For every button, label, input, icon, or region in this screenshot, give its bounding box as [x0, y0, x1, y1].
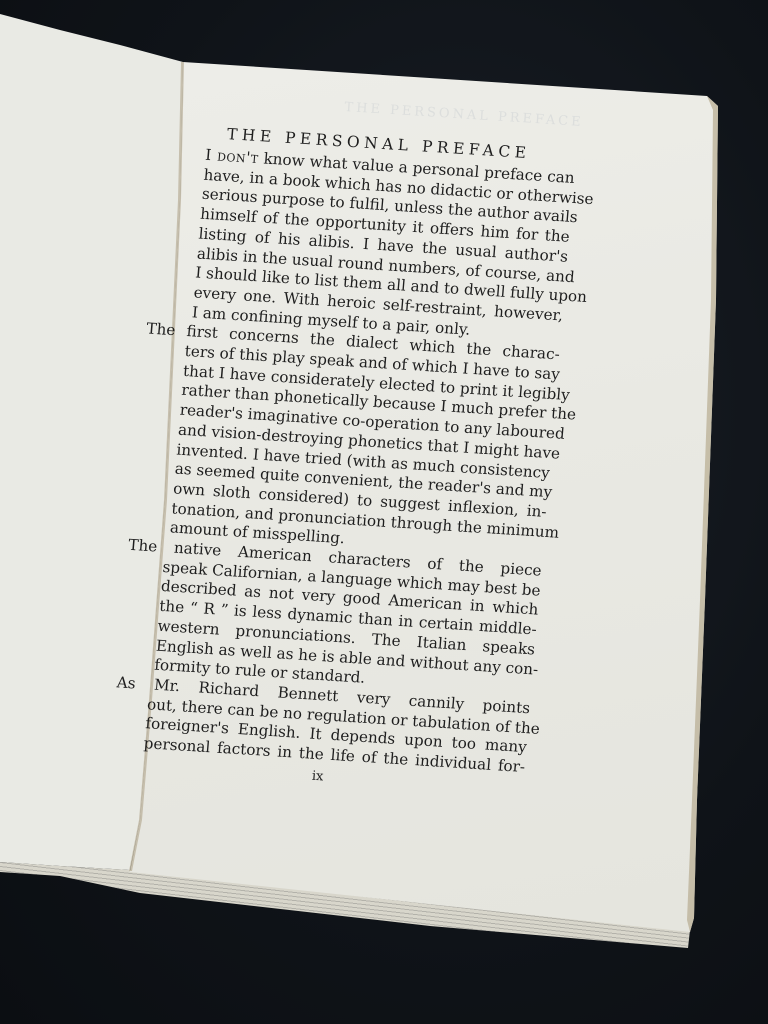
paragraph-2: The first concerns the dialect which the…	[111, 319, 560, 562]
drop-smallcaps: I don't	[205, 146, 260, 167]
paragraph-3: The native American characters of the pi…	[100, 535, 543, 700]
paragraph-1: I don't know what value a personal prefa…	[129, 142, 575, 346]
page-text-block: THE PERSONAL PREFACE I don't know what v…	[91, 120, 577, 797]
